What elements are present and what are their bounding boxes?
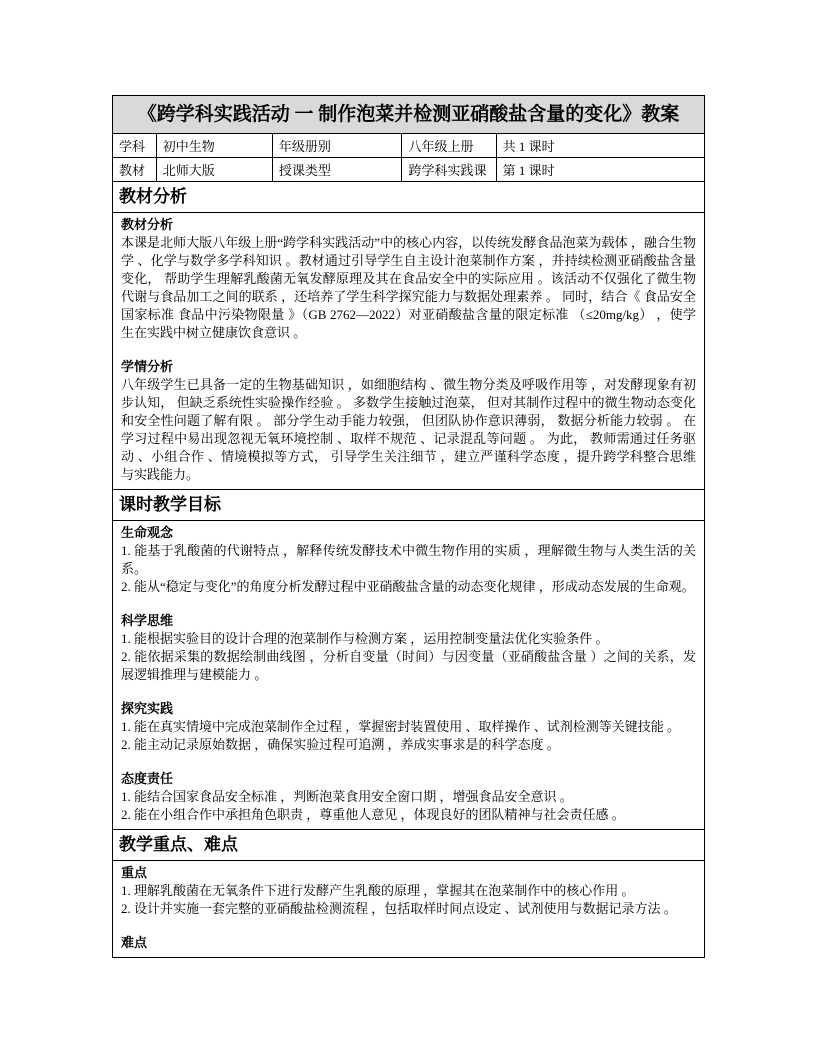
lesson-type-value: 跨学科实践课 xyxy=(402,158,496,182)
subheading-material-analysis: 教材分析 xyxy=(121,216,696,234)
objective-item: 1. 能结合国家食品安全标准 ，判断泡菜食用安全窗口期 ，增强食品安全意识 。 xyxy=(121,788,696,806)
total-periods: 共 1 课时 xyxy=(496,134,704,158)
objective-item: 2. 能主动记录原始数据 ，确保实验过程可追溯 ，养成实事求是的科学态度 。 xyxy=(121,736,696,754)
info-table-row: 教材 北师大版 授课类型 跨学科实践课 第 1 课时 xyxy=(113,158,705,182)
grade-volume-label: 年级册别 xyxy=(272,134,402,158)
objective-item: 2. 能从“稳定与变化”的角度分析发酵过程中亚硝酸盐含量的动态变化规律 ，形成动… xyxy=(121,578,696,596)
textbook-value: 北师大版 xyxy=(156,158,272,182)
grade-volume-value: 八年级上册 xyxy=(402,134,496,158)
info-table-row: 学科 初中生物 年级册别 八年级上册 共 1 课时 xyxy=(113,134,705,158)
section-header-material-analysis: 教材分析 xyxy=(112,181,705,213)
document-page: 《跨学科实践活动 一 制作泡菜并检测亚硝酸盐含量的变化》教案 学科 初中生物 年… xyxy=(0,0,816,1056)
subject-label: 学科 xyxy=(113,134,157,158)
section-header-key-difficult-points: 教学重点、难点 xyxy=(112,829,705,861)
spacer xyxy=(121,918,696,934)
subject-value: 初中生物 xyxy=(156,134,272,158)
subheading-learner-analysis: 学情分析 xyxy=(121,358,696,376)
textbook-label: 教材 xyxy=(113,158,157,182)
spacer xyxy=(121,684,696,700)
subheading-difficult-points: 难点 xyxy=(121,934,696,952)
objective-item: 1. 能在真实情境中完成泡菜制作全过程 ，掌握密封装置使用 、取样操作 、试剂检… xyxy=(121,718,696,736)
objective-item: 1. 能根据实验目的设计合理的泡菜制作与检测方案 ，运用控制变量法优化实验条件 … xyxy=(121,630,696,648)
subheading-scientific-thinking: 科学思维 xyxy=(121,612,696,630)
lesson-plan-document: 《跨学科实践活动 一 制作泡菜并检测亚硝酸盐含量的变化》教案 学科 初中生物 年… xyxy=(112,95,705,958)
key-point-item: 2. 设计并实施一套完整的亚硝酸盐检测流程 ，包括取样时间点设定 、试剂使用与数… xyxy=(121,900,696,918)
section-content-material-analysis: 教材分析 本课是北师大版八年级上册“跨学科实践活动”中的核心内容，以传统发酵食品… xyxy=(112,212,705,490)
objective-item: 2. 能在小组合作中承担角色职责 ，尊重他人意见 ，体现良好的团队精神与社会责任… xyxy=(121,806,696,824)
spacer xyxy=(121,596,696,612)
section-content-teaching-objectives: 生命观念 1. 能基于乳酸菌的代谢特点 ，解释传统发酵技术中微生物作用的实质 ，… xyxy=(112,520,705,830)
paragraph-learner-analysis: 八年级学生已具备一定的生物基础知识 ，如细胞结构 、微生物分类及呼吸作用等 ，对… xyxy=(121,376,696,484)
objective-item: 1. 能基于乳酸菌的代谢特点 ，解释传统发酵技术中微生物作用的实质 ，理解微生物… xyxy=(121,542,696,578)
lesson-type-label: 授课类型 xyxy=(272,158,402,182)
spacer xyxy=(121,342,696,358)
subheading-life-concepts: 生命观念 xyxy=(121,524,696,542)
subheading-attitude-responsibility: 态度责任 xyxy=(121,770,696,788)
document-title: 《跨学科实践活动 一 制作泡菜并检测亚硝酸盐含量的变化》教案 xyxy=(112,95,705,134)
section-header-teaching-objectives: 课时教学目标 xyxy=(112,489,705,521)
subheading-key-points: 重点 xyxy=(121,864,696,882)
subheading-inquiry-practice: 探究实践 xyxy=(121,700,696,718)
key-point-item: 1. 理解乳酸菌在无氧条件下进行发酵产生乳酸的原理 ，掌握其在泡菜制作中的核心作… xyxy=(121,882,696,900)
spacer xyxy=(121,754,696,770)
course-info-table: 学科 初中生物 年级册别 八年级上册 共 1 课时 教材 北师大版 授课类型 跨… xyxy=(112,133,705,182)
current-period: 第 1 课时 xyxy=(496,158,704,182)
objective-item: 2. 能依据采集的数据绘制曲线图 ，分析自变量（时间）与因变量（亚硝酸盐含量 ）… xyxy=(121,648,696,684)
section-content-key-difficult-points: 重点 1. 理解乳酸菌在无氧条件下进行发酵产生乳酸的原理 ，掌握其在泡菜制作中的… xyxy=(112,860,705,958)
paragraph-material-analysis: 本课是北师大版八年级上册“跨学科实践活动”中的核心内容，以传统发酵食品泡菜为载体… xyxy=(121,234,696,342)
